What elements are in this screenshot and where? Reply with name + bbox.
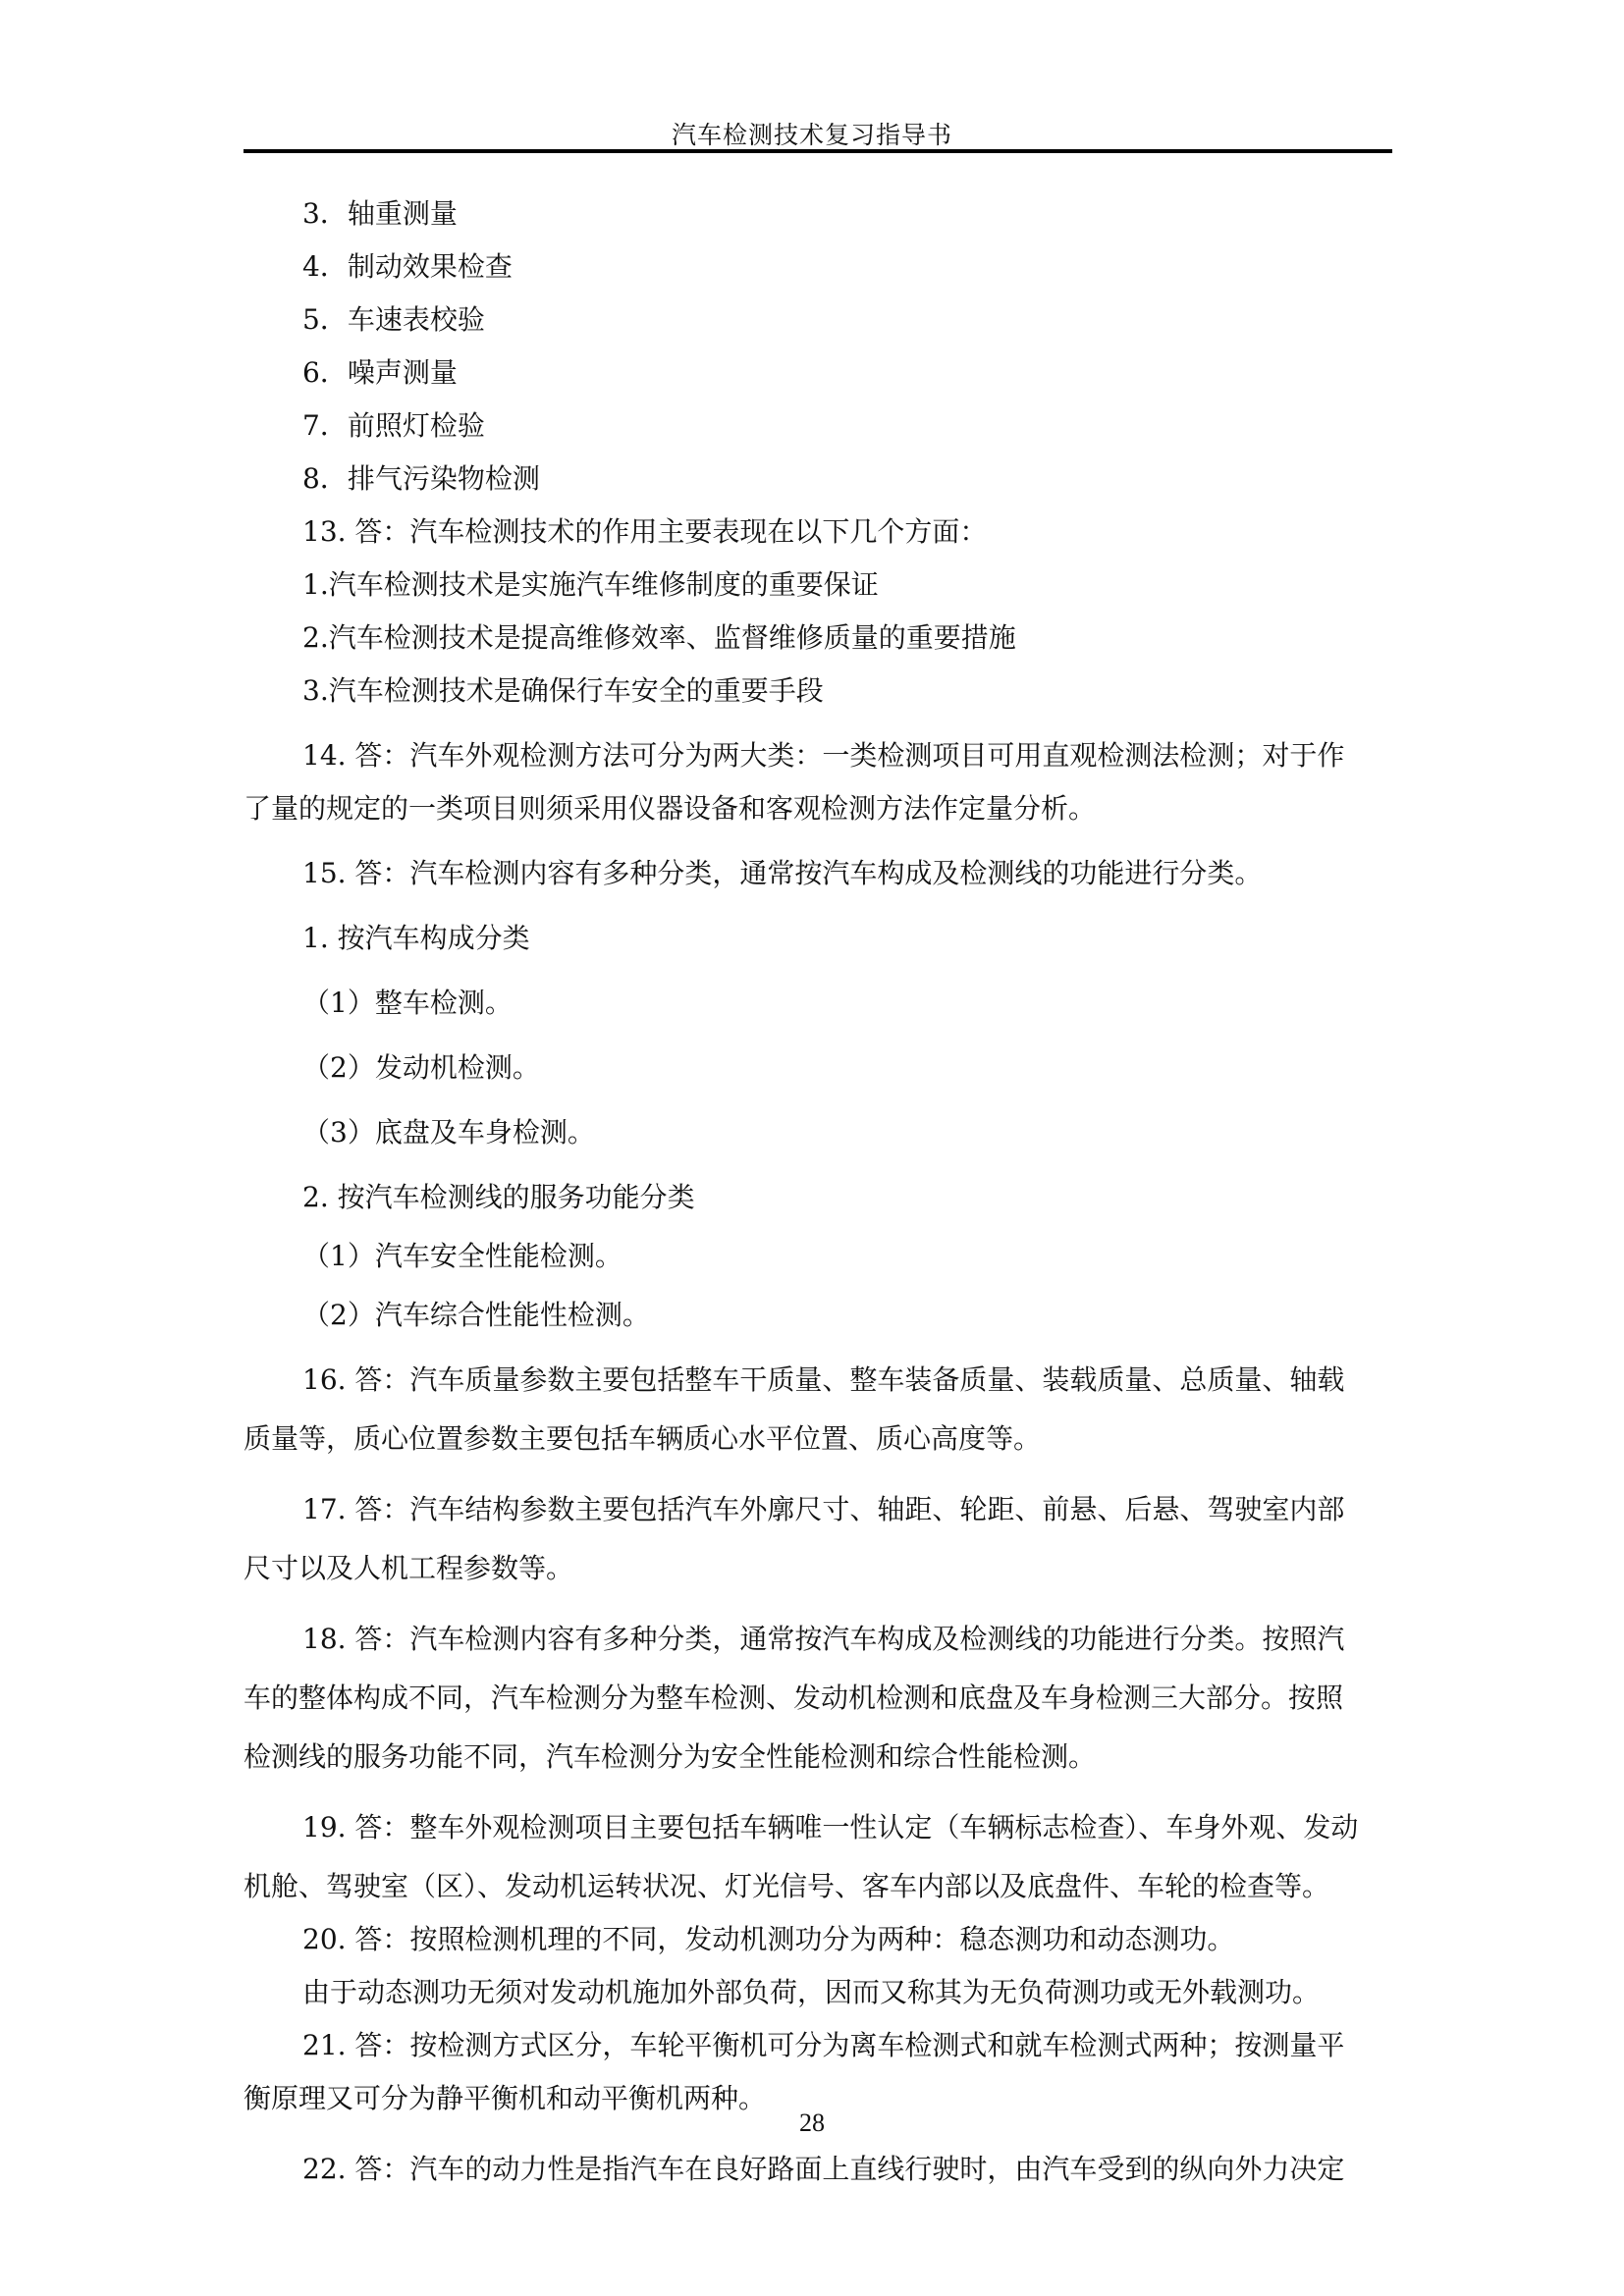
text-line: 了量的规定的一类项目则须采用仪器设备和客观检测方法作定量分析。 <box>244 787 1096 827</box>
text-line: 1. 按汽车构成分类 <box>302 917 530 956</box>
header-divider <box>244 149 1392 153</box>
text-line: 18. 答：汽车检测内容有多种分类，通常按汽车构成及检测线的功能进行分类。按照汽 <box>302 1618 1344 1657</box>
text-line: （1）汽车安全性能检测。 <box>302 1235 623 1274</box>
text-line: 8．排气污染物检测 <box>302 457 540 497</box>
text-line: 20. 答：按照检测机理的不同，发动机测功分为两种：稳态测功和动态测功。 <box>302 1918 1234 1957</box>
text-line: 14. 答：汽车外观检测方法可分为两大类：一类检测项目可用直观检测法检测；对于作 <box>302 734 1344 774</box>
text-line: 17. 答：汽车结构参数主要包括汽车外廓尺寸、轴距、轮距、前悬、后悬、驾驶室内部 <box>302 1488 1344 1527</box>
text-line: 2. 按汽车检测线的服务功能分类 <box>302 1176 695 1215</box>
text-line: 13. 答：汽车检测技术的作用主要表现在以下几个方面： <box>302 510 987 550</box>
text-line: 21. 答：按检测方式区分，车轮平衡机可分为离车检测式和就车检测式两种；按测量平 <box>302 2024 1344 2063</box>
text-line: 7．前照灯检验 <box>302 404 485 444</box>
text-line: 6．噪声测量 <box>302 351 458 391</box>
text-line: 5．车速表校验 <box>302 298 485 338</box>
text-line: 16. 答：汽车质量参数主要包括整车干质量、整车装备质量、装载质量、总质量、轴载 <box>302 1359 1344 1398</box>
text-line: 22. 答：汽车的动力性是指汽车在良好路面上直线行驶时，由汽车受到的纵向外力决定 <box>302 2148 1344 2187</box>
text-line: 2.汽车检测技术是提高维修效率、监督维修质量的重要措施 <box>302 616 1016 656</box>
text-line: 质量等，质心位置参数主要包括车辆质心水平位置、质心高度等。 <box>244 1417 1041 1457</box>
text-line: 车的整体构成不同，汽车检测分为整车检测、发动机检测和底盘及车身检测三大部分。按照 <box>244 1677 1343 1716</box>
text-line: 3．轴重测量 <box>302 192 458 232</box>
text-line: 由于动态测功无须对发动机施加外部负荷，因而又称其为无负荷测功或无外载测功。 <box>302 1971 1320 2010</box>
text-line: 检测线的服务功能不同，汽车检测分为安全性能检测和综合性能检测。 <box>244 1735 1096 1775</box>
page-number: 28 <box>0 2109 1624 2138</box>
text-line: （3）底盘及车身检测。 <box>302 1111 595 1150</box>
text-line: 4．制动效果检查 <box>302 245 513 285</box>
text-line: 机舱、驾驶室（区）、发动机运转状况、灯光信号、客车内部以及底盘件、车轮的检查等。 <box>244 1865 1329 1904</box>
text-line: 19. 答：整车外观检测项目主要包括车辆唯一性认定（车辆标志检查）、车身外观、发… <box>302 1806 1358 1845</box>
text-line: 3.汽车检测技术是确保行车安全的重要手段 <box>302 669 824 709</box>
running-header-title: 汽车检测技术复习指导书 <box>0 116 1624 151</box>
text-line: （2）汽车综合性能性检测。 <box>302 1294 650 1333</box>
text-line: 尺寸以及人机工程参数等。 <box>244 1547 573 1586</box>
text-line: （2）发动机检测。 <box>302 1046 540 1086</box>
text-line: 15. 答：汽车检测内容有多种分类，通常按汽车构成及检测线的功能进行分类。 <box>302 852 1262 891</box>
text-line: （1）整车检测。 <box>302 982 513 1021</box>
text-line: 1.汽车检测技术是实施汽车维修制度的重要保证 <box>302 563 879 603</box>
